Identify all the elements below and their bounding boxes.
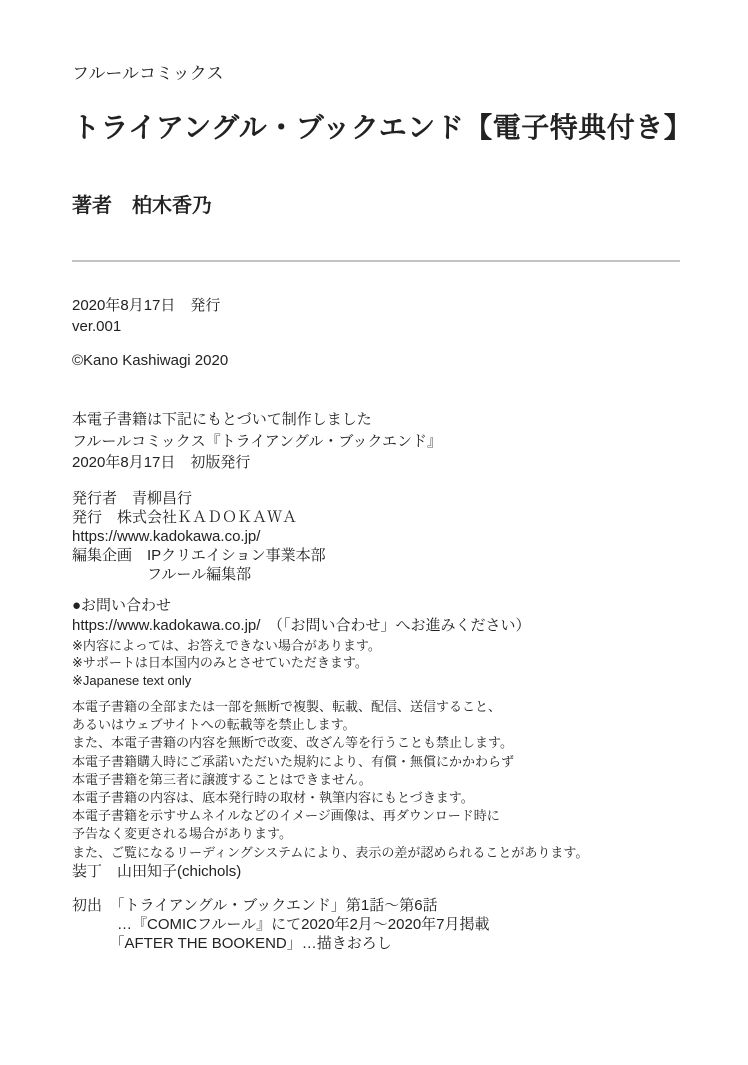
source-note-line: 本電子書籍は下記にもとづいて制作しました — [72, 409, 688, 431]
contact-url[interactable]: https://www.kadokawa.co.jp/ — [72, 617, 260, 634]
legal-line: 本電子書籍を第三者に譲渡することはできません。 — [72, 771, 688, 789]
legal-line: 本電子書籍を示すサムネイルなどのイメージ画像は、再ダウンロード時に — [72, 807, 688, 825]
contact-url-line: https://www.kadokawa.co.jp/ （「お問い合わせ」へお進… — [72, 615, 688, 637]
contact-note-line: ※Japanese text only — [72, 672, 688, 690]
book-title: トライアングル・ブックエンド【電子特典付き】 — [72, 110, 688, 146]
author-label: 著者 — [72, 195, 112, 217]
legal-line: また、本電子書籍の内容を無断で改変、改ざん等を行うことも禁止します。 — [72, 734, 688, 752]
first-publication-line: …『COMICフルール』にて2020年2月～2020年7月掲載 — [72, 915, 688, 934]
legal-notice-block: 本電子書籍の全部または一部を無断で複製、転載、配信、送信すること、 あるいはウェ… — [72, 698, 688, 862]
legal-line: あるいはウェブサイトへの転載等を禁止します。 — [72, 716, 688, 734]
first-publication-line: 「AFTER THE BOOKEND」…描きおろし — [72, 934, 688, 953]
cover-design-line: 装丁 山田知子(chichols) — [72, 862, 688, 881]
author-line: 著者 柏木香乃 — [72, 192, 688, 220]
source-edition-block: 本電子書籍は下記にもとづいて制作しました フルールコミックス『トライアングル・ブ… — [72, 409, 688, 474]
contact-notes: ※内容によっては、お答えできない場合があります。 ※サポートは日本国内のみとさせ… — [72, 637, 688, 690]
editorial-planning-line: 編集企画 IPクリエイション事業本部 — [72, 546, 688, 565]
copyright-line: ©Kano Kashiwagi 2020 — [72, 350, 688, 371]
legal-line: また、ご覧になるリーディングシステムにより、表示の差が認められることがあります。 — [72, 844, 688, 862]
issuer-line: 発行者 青柳昌行 — [72, 489, 688, 508]
source-date-line: 2020年8月17日 初版発行 — [72, 452, 688, 474]
edition-block: 2020年8月17日 発行 ver.001 ©Kano Kashiwagi 20… — [72, 295, 688, 371]
credits-block: 装丁 山田知子(chichols) 初出 「トライアングル・ブックエンド」第1話… — [72, 862, 688, 953]
version-line: ver.001 — [72, 316, 688, 337]
colophon-page: フルールコミックス トライアングル・ブックエンド【電子特典付き】 著者 柏木香乃… — [0, 0, 748, 1065]
legal-line: 本電子書籍の全部または一部を無断で複製、転載、配信、送信すること、 — [72, 698, 688, 716]
author-name: 柏木香乃 — [132, 195, 212, 217]
contact-block: ●お問い合わせ https://www.kadokawa.co.jp/ （「お問… — [72, 596, 688, 690]
imprint-label: フルールコミックス — [72, 62, 688, 86]
publisher-block: 発行者 青柳昌行 発行 株式会社ＫＡＤＯＫＡＷＡ https://www.kad… — [72, 489, 688, 584]
author-spacer — [112, 195, 132, 217]
legal-line: 本電子書籍購入時にご承諾いただいた規約により、有償・無償にかかわらず — [72, 753, 688, 771]
first-publication-block: 初出 「トライアングル・ブックエンド」第1話～第6話 …『COMICフルール』に… — [72, 896, 688, 953]
publisher-url[interactable]: https://www.kadokawa.co.jp/ — [72, 527, 688, 546]
book-header: フルールコミックス トライアングル・ブックエンド【電子特典付き】 著者 柏木香乃 — [72, 62, 688, 220]
contact-note-line: ※内容によっては、お答えできない場合があります。 — [72, 637, 688, 655]
editorial-department-line: フルール編集部 — [72, 565, 688, 584]
source-title-line: フルールコミックス『トライアングル・ブックエンド』 — [72, 431, 688, 453]
contact-heading: ●お問い合わせ — [72, 596, 688, 615]
issue-date-line: 2020年8月17日 発行 — [72, 295, 688, 316]
legal-line: 本電子書籍の内容は、底本発行時の取材・執筆内容にもとづきます。 — [72, 789, 688, 807]
publisher-company-line: 発行 株式会社ＫＡＤＯＫＡＷＡ — [72, 508, 688, 527]
legal-line: 予告なく変更される場合があります。 — [72, 825, 688, 843]
divider-rule — [72, 260, 680, 262]
contact-url-note: （「お問い合わせ」へお進みください） — [260, 617, 530, 634]
contact-note-line: ※サポートは日本国内のみとさせていただきます。 — [72, 654, 688, 672]
first-publication-line: 初出 「トライアングル・ブックエンド」第1話～第6話 — [72, 896, 688, 915]
